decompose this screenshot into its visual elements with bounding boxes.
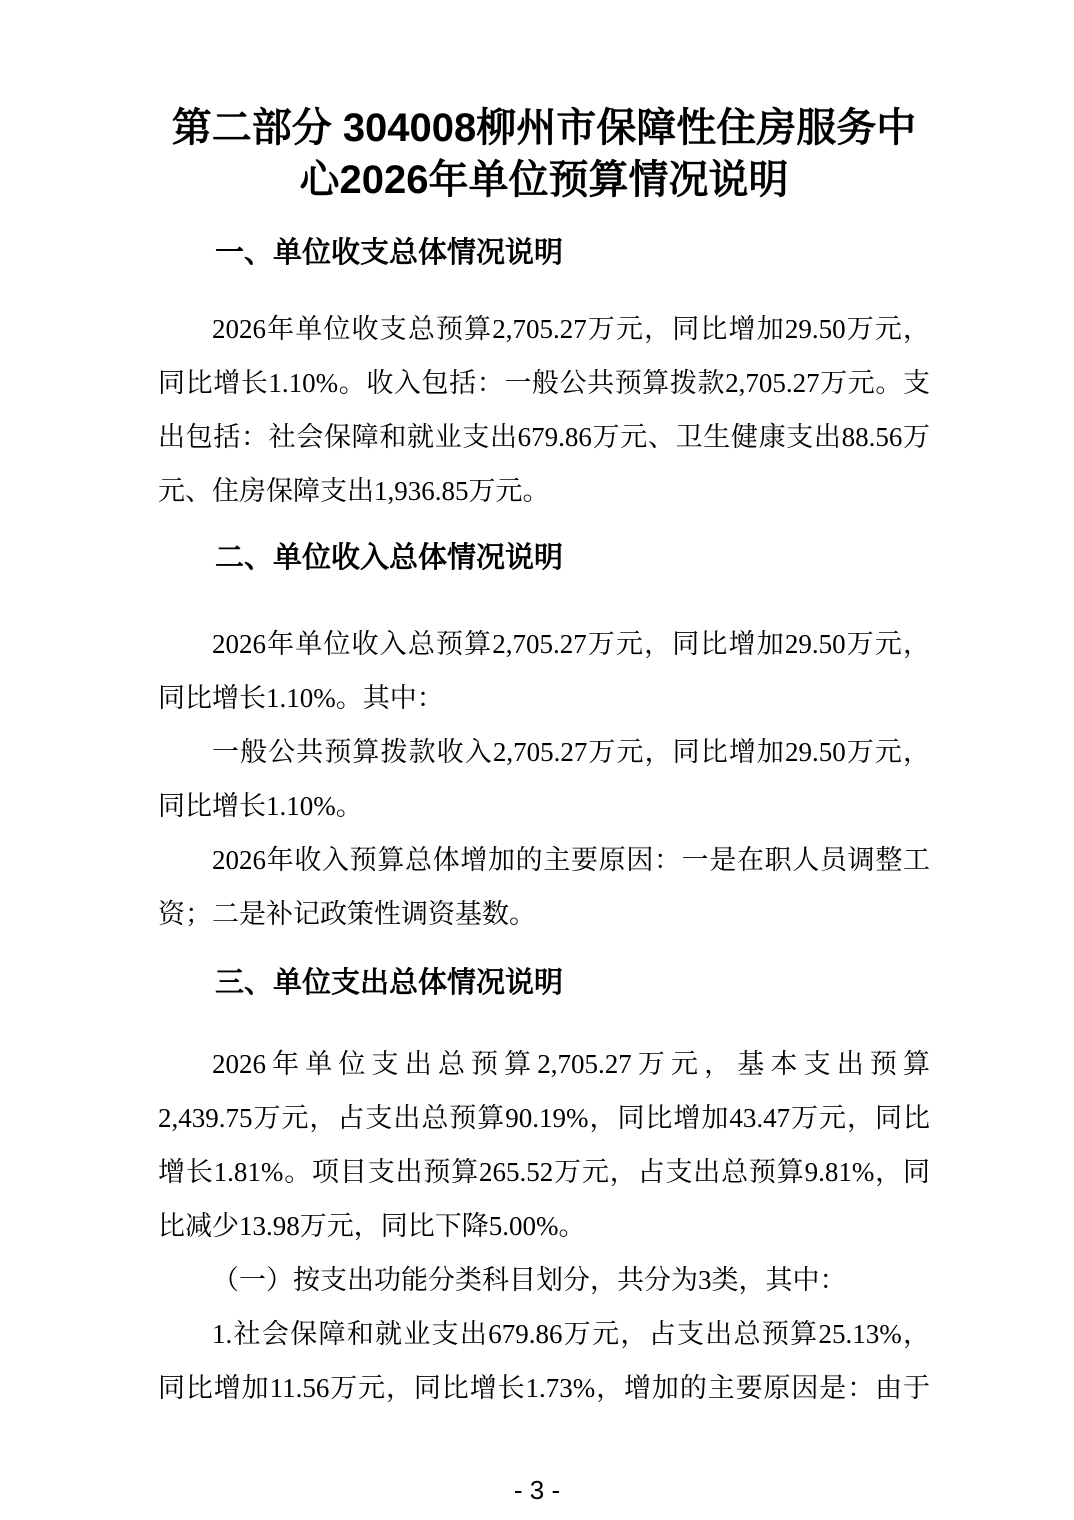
text-line: 2026年收入预算总体增加的主要原因：一是在职人员调整工 (158, 833, 930, 887)
document-title: 第二部分 304008柳州市保障性住房服务中 心2026年单位预算情况说明 (158, 102, 930, 206)
page-number: - 3 - (0, 1476, 1074, 1504)
paragraph-income-expense-summary: 2026年单位收支总预算2,705.27万元，同比增加29.50万元， 同比增长… (158, 302, 930, 518)
text-line: 出包括：社会保障和就业支出679.86万元、卫生健康支出88.56万 (158, 410, 930, 464)
text-line: 2026年单位支出总预算2,705.27万元，基本支出预算 (158, 1037, 930, 1091)
section-heading-overall-expense: 三、单位支出总体情况说明 (158, 966, 930, 1000)
text-line: 比减少13.98万元，同比下降5.00%。 (158, 1199, 930, 1253)
document-title-line-1: 第二部分 304008柳州市保障性住房服务中 (158, 102, 930, 154)
text-line: 资；二是补记政策性调资基数。 (158, 887, 930, 941)
text-line: 2026年单位收支总预算2,705.27万元，同比增加29.50万元， (158, 302, 930, 356)
text-line: 同比增长1.10%。 (158, 779, 930, 833)
document-page: 第二部分 304008柳州市保障性住房服务中 心2026年单位预算情况说明 一、… (0, 0, 1074, 1520)
text-line: （一）按支出功能分类科目划分，共分为3类，其中： (158, 1253, 930, 1307)
paragraph-income-increase-reason: 2026年收入预算总体增加的主要原因：一是在职人员调整工 资；二是补记政策性调资… (158, 833, 930, 941)
document-body: 第二部分 304008柳州市保障性住房服务中 心2026年单位预算情况说明 一、… (158, 0, 930, 1415)
text-line: 2026年单位收入总预算2,705.27万元，同比增加29.50万元， (158, 617, 930, 671)
text-line: 元、住房保障支出1,936.85万元。 (158, 464, 930, 518)
paragraph-income-summary: 2026年单位收入总预算2,705.27万元，同比增加29.50万元， 同比增长… (158, 617, 930, 725)
text-line: 同比增长1.10%。收入包括：一般公共预算拨款2,705.27万元。支 (158, 356, 930, 410)
section-heading-overall-income-expense: 一、单位收支总体情况说明 (158, 236, 930, 270)
section-heading-overall-income: 二、单位收入总体情况说明 (158, 541, 930, 575)
text-line: 同比增长1.10%。其中： (158, 671, 930, 725)
paragraph-social-security-expense: 1.社会保障和就业支出679.86万元，占支出总预算25.13%， 同比增加11… (158, 1307, 930, 1415)
document-title-line-2: 心2026年单位预算情况说明 (158, 154, 930, 206)
paragraph-function-classification: （一）按支出功能分类科目划分，共分为3类，其中： (158, 1253, 930, 1307)
text-line: 2,439.75万元，占支出总预算90.19%，同比增加43.47万元，同比 (158, 1091, 930, 1145)
text-line: 同比增加11.56万元，同比增长1.73%，增加的主要原因是：由于 (158, 1361, 930, 1415)
text-line: 1.社会保障和就业支出679.86万元，占支出总预算25.13%， (158, 1307, 930, 1361)
paragraph-expense-summary: 2026年单位支出总预算2,705.27万元，基本支出预算 2,439.75万元… (158, 1037, 930, 1253)
paragraph-public-budget-income: 一般公共预算拨款收入2,705.27万元，同比增加29.50万元， 同比增长1.… (158, 725, 930, 833)
text-line: 增长1.81%。项目支出预算265.52万元，占支出总预算9.81%，同 (158, 1145, 930, 1199)
text-line: 一般公共预算拨款收入2,705.27万元，同比增加29.50万元， (158, 725, 930, 779)
